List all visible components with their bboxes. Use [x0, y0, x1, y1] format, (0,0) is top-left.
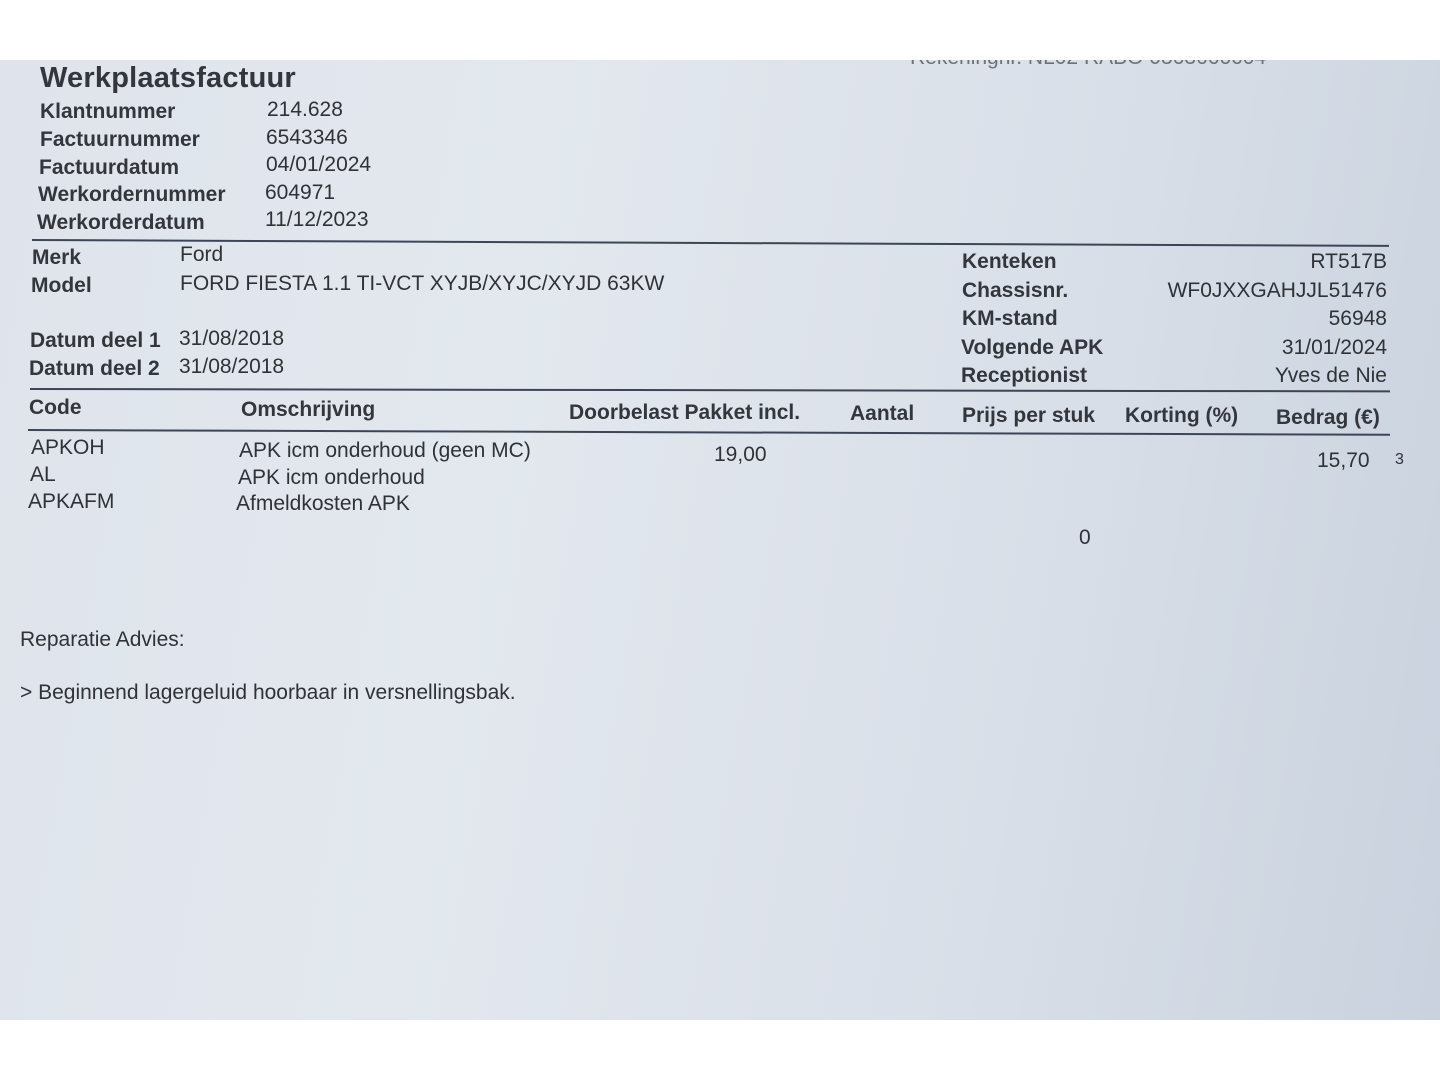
divider-table-header: [28, 429, 1390, 436]
column-header-aantal: Aantal: [850, 402, 914, 426]
row-2-omschrijving: APK icm onderhoud: [238, 466, 425, 490]
row-1-doorbelast: 19,00: [714, 443, 767, 467]
field-value-factuurnummer: 6543346: [266, 126, 348, 150]
vehicle-label-kenteken: Kenteken: [962, 250, 1057, 274]
row-3-code: APKAFM: [28, 490, 114, 514]
row-2-code: AL: [30, 463, 56, 487]
document-title: Werkplaatsfactuur: [40, 62, 296, 95]
divider-header: [32, 239, 1389, 247]
vehicle-value-km-stand: 56948: [1329, 307, 1387, 331]
row-1-omschrijving: APK icm onderhoud (geen MC): [239, 439, 531, 463]
column-header-bedrag: Bedrag (€): [1276, 406, 1380, 430]
vehicle-label-chassisnr: Chassisnr.: [962, 279, 1068, 303]
field-value-factuurdatum: 04/01/2024: [266, 153, 371, 177]
row-1-bedrag: 15,70: [1317, 449, 1370, 473]
vehicle-value-chassisnr: WF0JXXGAHJJL51476: [1168, 279, 1387, 303]
vehicle-value-merk: Ford: [180, 243, 223, 267]
vehicle-value-kenteken: RT517B: [1310, 250, 1387, 274]
vehicle-value-model: FORD FIESTA 1.1 TI-VCT XYJB/XYJC/XYJD 63…: [180, 272, 664, 296]
column-header-doorbelast: Doorbelast Pakket incl.: [569, 401, 800, 425]
field-label-klantnummer: Klantnummer: [40, 100, 175, 124]
advice-item: > Beginnend lagergeluid hoorbaar in vers…: [20, 681, 516, 705]
vehicle-value-datum-deel-2: 31/08/2018: [179, 355, 284, 379]
vehicle-label-datum-deel-2: Datum deel 2: [29, 357, 160, 381]
vehicle-label-volgende-apk: Volgende APK: [961, 336, 1103, 360]
advice-heading: Reparatie Advies:: [20, 628, 185, 652]
vehicle-label-km-stand: KM-stand: [962, 307, 1058, 331]
invoice-photo: Rekeningnr. NL02 RABO 0363666604 Werkpla…: [0, 60, 1440, 1020]
field-value-klantnummer: 214.628: [267, 98, 343, 122]
row-1-note: 3: [1395, 451, 1404, 469]
korting-value: 0: [1079, 526, 1091, 550]
column-header-korting: Korting (%): [1125, 404, 1238, 428]
column-header-omschrijving: Omschrijving: [241, 398, 375, 422]
row-3-omschrijving: Afmeldkosten APK: [236, 492, 410, 516]
field-label-factuurdatum: Factuurdatum: [39, 156, 179, 180]
field-value-werkorderdatum: 11/12/2023: [265, 208, 369, 232]
vehicle-label-datum-deel-1: Datum deel 1: [30, 329, 161, 353]
vehicle-value-datum-deel-1: 31/08/2018: [179, 327, 284, 351]
column-header-code: Code: [29, 396, 82, 420]
vehicle-label-receptionist: Receptionist: [961, 364, 1087, 388]
column-header-prijs-per-stuk: Prijs per stuk: [962, 404, 1095, 428]
vehicle-value-receptionist: Yves de Nie: [1275, 364, 1387, 388]
row-1-code: APKOH: [31, 436, 105, 460]
vehicle-label-model: Model: [31, 274, 92, 298]
field-label-factuurnummer: Factuurnummer: [40, 128, 200, 152]
cut-off-bank-line: Rekeningnr. NL02 RABO 0363666604: [910, 60, 1266, 70]
vehicle-value-volgende-apk: 31/01/2024: [1282, 336, 1387, 360]
field-label-werkordernummer: Werkordernummer: [38, 183, 226, 207]
vehicle-label-merk: Merk: [32, 246, 81, 270]
field-label-werkorderdatum: Werkorderdatum: [37, 211, 205, 235]
divider-vehicle: [30, 388, 1390, 392]
field-value-werkordernummer: 604971: [265, 181, 335, 205]
